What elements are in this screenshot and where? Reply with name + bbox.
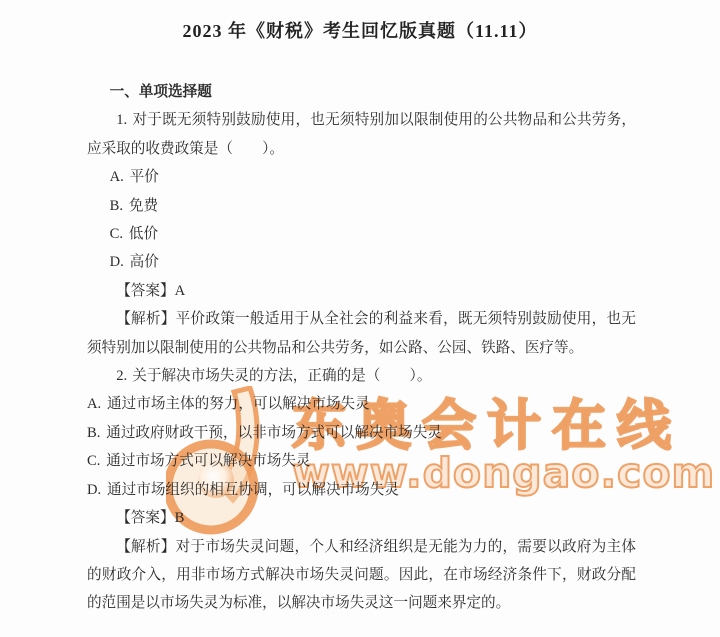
question-1-option-a: A.平价 [87,163,636,191]
option-label: B. [87,425,106,441]
question-2-option-d: D.通过市场组织的相互协调，可以解决市场失灵 [87,476,636,504]
question-2-option-b: B.通过政府财政干预，以非市场方式可以解决市场失灵 [87,419,636,447]
question-1-answer: 【答案】A [87,277,636,305]
option-text: 免费 [129,198,158,214]
question-2-option-c: C.通过市场方式可以解决市场失灵 [87,447,636,475]
question-1-text: 对于既无须特别鼓励使用，也无须特别加以限制使用的公共物品和公共劳务，应采取的收费… [87,112,636,156]
answer-label: 【答案】 [116,283,174,299]
question-2-analysis: 【解析】对于市场失灵问题，个人和经济组织是无能为力的，需要以政府为主体的财政介入… [87,533,636,618]
option-text: 通过市场组织的相互协调，可以解决市场失灵 [107,482,399,498]
section-heading: 一、单项选择题 [87,78,636,106]
option-label: C. [87,453,106,469]
question-2-option-a: A.通过市场主体的努力，可以解决市场失灵 [87,390,636,418]
page-title: 2023 年《财税》考生回忆版真题（11.11） [0,0,720,43]
option-label: D. [87,482,107,498]
option-label: A. [110,169,130,185]
option-text: 通过市场方式可以解决市场失灵 [106,453,310,469]
option-text: 高价 [130,254,159,270]
question-1-option-c: C.低价 [87,220,636,248]
option-label: C. [110,226,129,242]
answer-value: A [175,283,186,299]
option-text: 低价 [129,226,158,242]
question-1-option-b: B.免费 [87,192,636,220]
option-label: A. [87,396,107,412]
analysis-label: 【解析】 [116,311,175,327]
option-text: 通过政府财政干预，以非市场方式可以解决市场失灵 [106,425,442,441]
question-1-option-d: D.高价 [87,248,636,276]
option-label: D. [110,254,130,270]
answer-label: 【答案】 [116,510,174,526]
option-label: B. [110,198,129,214]
exam-document-page: 东奥会计在线 www.dongao.com 2023 年《财税》考生回忆版真题（… [0,0,720,637]
question-2-text: 关于解决市场失灵的方法，正确的是（ ）。 [132,368,431,384]
answer-value: B [175,510,185,526]
document-body: 一、单项选择题 1.对于既无须特别鼓励使用，也无须特别加以限制使用的公共物品和公… [87,78,636,618]
option-text: 通过市场主体的努力，可以解决市场失灵 [107,396,370,412]
question-2-answer: 【答案】B [87,504,636,532]
option-text: 平价 [130,169,159,185]
question-1-number: 1. [116,112,132,128]
question-2-number: 2. [116,368,132,384]
question-1-analysis: 【解析】平价政策一般适用于从全社会的利益来看，既无须特别鼓励使用，也无须特别加以… [87,305,636,362]
analysis-label: 【解析】 [116,539,175,555]
question-2-stem: 2.关于解决市场失灵的方法，正确的是（ ）。 [87,362,636,390]
question-1-stem: 1.对于既无须特别鼓励使用，也无须特别加以限制使用的公共物品和公共劳务，应采取的… [87,106,636,163]
